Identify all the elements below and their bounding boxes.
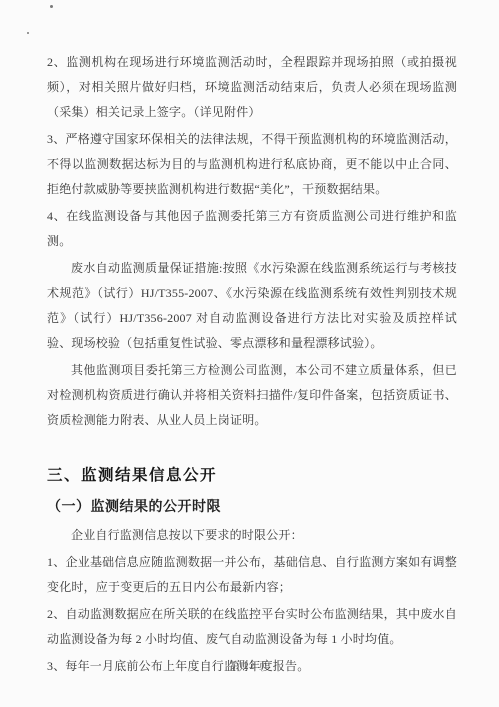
page-content: 2、监测机构在现场进行环境监测活动时，全程跟踪并现场拍照（或拍摄视频），对相关照… — [47, 50, 457, 681]
paragraph-onsite-monitoring-photos: 2、监测机构在现场进行环境监测活动时，全程跟踪并现场拍照（或拍摄视频），对相关照… — [47, 50, 457, 125]
paragraph-disclosure-intro: 企业自行监测信息按以下要求的时限公开： — [47, 523, 457, 548]
subsection-heading-disclosure-time-limit: （一）监测结果的公开时限 — [47, 495, 457, 517]
paragraph-wastewater-qa-measures: 废水自动监测质量保证措施:按照《水污染源在线监测系统运行与考核技术规范》（试行）… — [47, 256, 457, 356]
paragraph-disclosure-item-basic-info: 1、企业基础信息应随监测数据一并公布，基础信息、自行监测方案如有调整变化时，应于… — [47, 550, 457, 600]
scan-speck — [50, 5, 53, 8]
section-heading-information-disclosure: 三、监测结果信息公开 — [47, 465, 457, 487]
paragraph-legal-compliance: 3、严格遵守国家环保相关的法律法规，不得干预监测机构的环境监测活动，不得以监测数… — [47, 127, 457, 202]
paragraph-other-monitoring-projects: 其他监测项目委托第三方检测公司监测，本公司不建立质量体系，但已对检测机构资质进行… — [47, 358, 457, 433]
paragraph-third-party-maintenance: 4、在线监测设备与其他因子监测委托第三方有资质监测公司进行维护和监测。 — [47, 204, 457, 254]
document-page: 2、监测机构在现场进行环境监测活动时，全程跟踪并现场拍照（或拍摄视频），对相关照… — [0, 0, 499, 707]
scan-speck — [27, 32, 29, 34]
paragraph-disclosure-item-auto-monitoring-data: 2、自动监测数据应在所关联的在线监控平台实时公布监测结果，其中废水自动监测设备为… — [47, 602, 457, 652]
page-number: 第 22 页 — [0, 661, 499, 673]
